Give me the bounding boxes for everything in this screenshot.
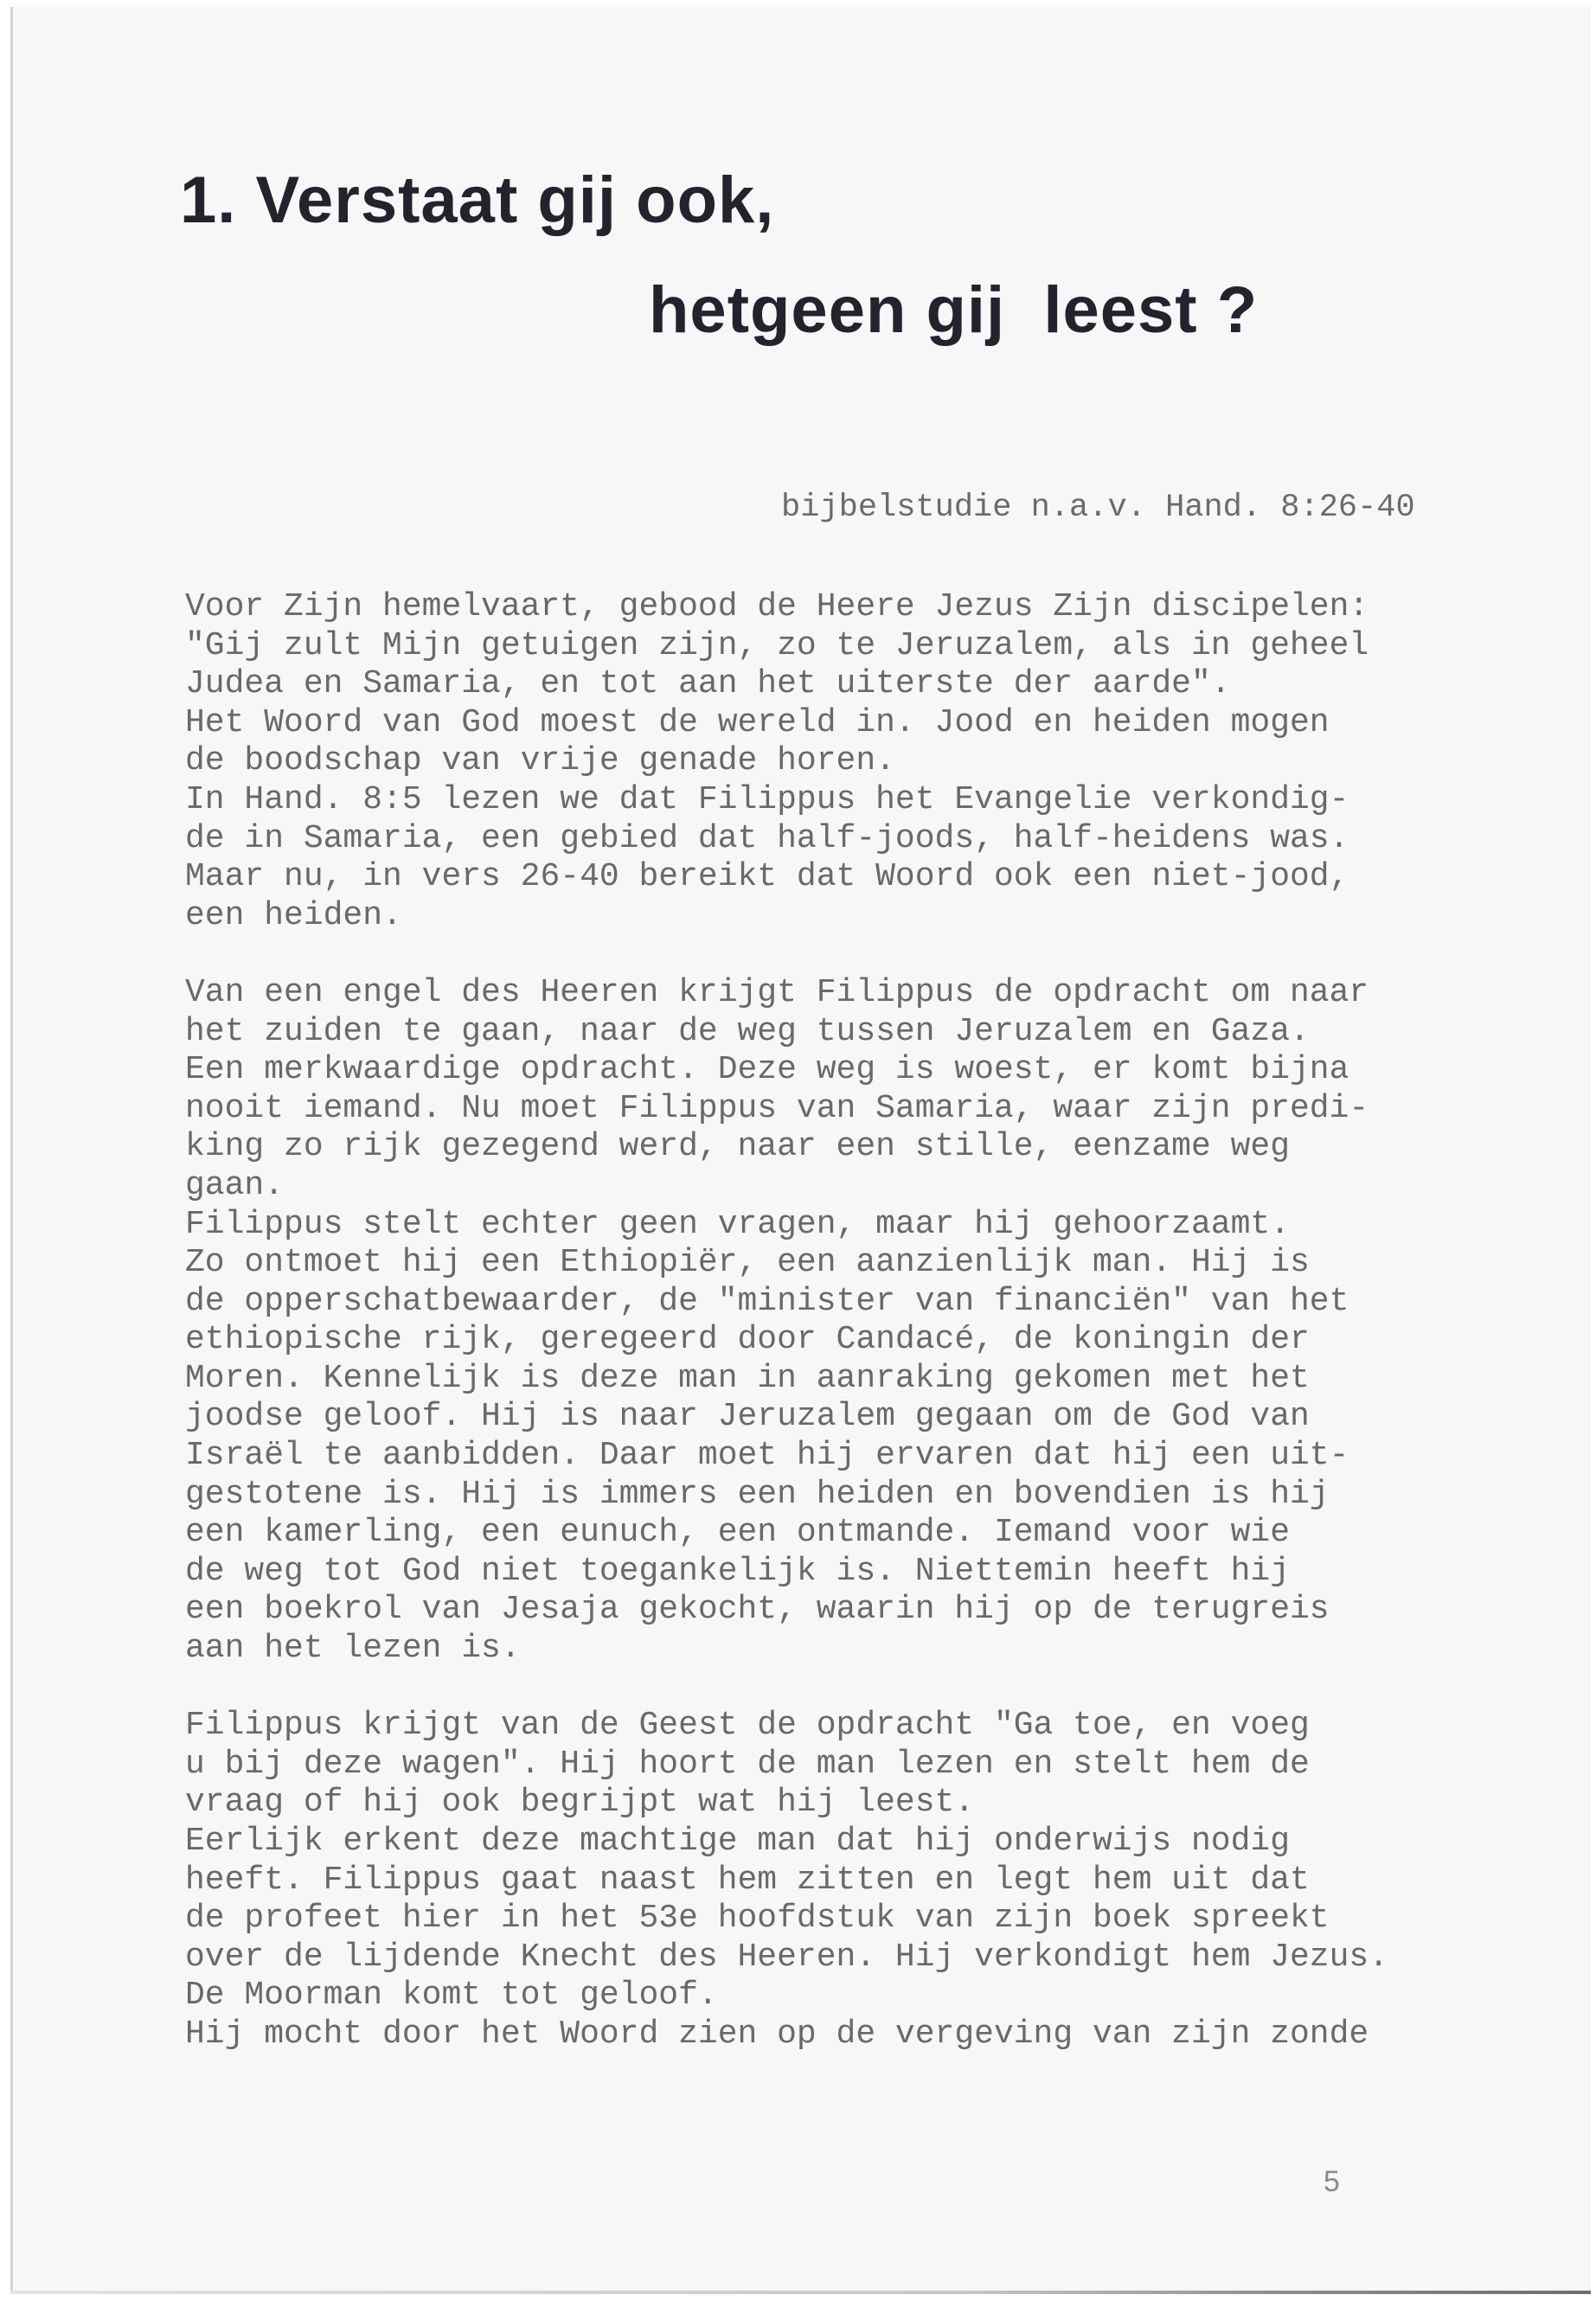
text-line: Judea en Samaria, en tot aan het uiterst… [185, 665, 1388, 704]
text-line: De Moorman komt tot geloof. [185, 1977, 1388, 2016]
page-title-line-1: 1. Verstaat gij ook, [180, 168, 774, 234]
text-line: u bij deze wagen". Hij hoort de man leze… [185, 1746, 1388, 1785]
text-line: Hij mocht door het Woord zien op de verg… [185, 2016, 1388, 2054]
text-line: het zuiden te gaan, naar de weg tussen J… [185, 1013, 1388, 1052]
paragraph-gap [185, 1669, 1388, 1708]
text-line: Van een engel des Heeren krijgt Filippus… [185, 974, 1388, 1013]
text-line: de weg tot God niet toegankelijk is. Nie… [185, 1553, 1388, 1592]
paragraph: Filippus krijgt van de Geest de opdracht… [185, 1707, 1388, 2054]
page-number: 5 [1324, 2167, 1340, 2196]
paragraph-gap [185, 935, 1388, 974]
text-line: gaan. [185, 1167, 1388, 1206]
text-line: gestotene is. Hij is immers een heiden e… [185, 1476, 1388, 1515]
body-text: Voor Zijn hemelvaart, gebood de Heere Je… [185, 588, 1388, 2054]
text-line: ethiopische rijk, geregeerd door Candacé… [185, 1321, 1388, 1360]
text-line: Eerlijk erkent deze machtige man dat hij… [185, 1823, 1388, 1862]
text-line: Een merkwaardige opdracht. Deze weg is w… [185, 1051, 1388, 1090]
text-line: de in Samaria, een gebied dat half-joods… [185, 820, 1388, 859]
text-line: king zo rijk gezegend werd, naar een sti… [185, 1128, 1388, 1167]
text-line: aan het lezen is. [185, 1630, 1388, 1669]
text-line: heeft. Filippus gaat naast hem zitten en… [185, 1862, 1388, 1900]
paragraph: Voor Zijn hemelvaart, gebood de Heere Je… [185, 588, 1388, 935]
text-line: de opperschatbewaarder, de "minister van… [185, 1283, 1388, 1322]
text-line: de boodschap van vrije genade horen. [185, 742, 1388, 781]
text-line: Maar nu, in vers 26-40 bereikt dat Woord… [185, 858, 1388, 897]
subtitle: bijbelstudie n.a.v. Hand. 8:26-40 [781, 492, 1415, 524]
text-line: vraag of hij ook begrijpt wat hij leest. [185, 1784, 1388, 1823]
text-line: de profeet hier in het 53e hoofdstuk van… [185, 1900, 1388, 1939]
page-edge-shadow [10, 2291, 1591, 2294]
text-line: "Gij zult Mijn getuigen zijn, zo te Jeru… [185, 627, 1388, 666]
text-line: Filippus krijgt van de Geest de opdracht… [185, 1707, 1388, 1746]
text-line: joodse geloof. Hij is naar Jeruzalem geg… [185, 1398, 1388, 1437]
text-line: Moren. Kennelijk is deze man in aanrakin… [185, 1360, 1388, 1399]
text-line: Zo ontmoet hij een Ethiopiër, een aanzie… [185, 1244, 1388, 1283]
document-page: 1. Verstaat gij ook, hetgeen gij leest ?… [10, 7, 1591, 2291]
text-line: Het Woord van God moest de wereld in. Jo… [185, 704, 1388, 743]
text-line: een kamerling, een eunuch, een ontmande.… [185, 1514, 1388, 1553]
paragraph: Van een engel des Heeren krijgt Filippus… [185, 974, 1388, 1669]
text-line: Filippus stelt echter geen vragen, maar … [185, 1206, 1388, 1245]
text-line: Voor Zijn hemelvaart, gebood de Heere Je… [185, 588, 1388, 627]
page-title-line-2: hetgeen gij leest ? [649, 278, 1258, 343]
text-line: Israël te aanbidden. Daar moet hij ervar… [185, 1437, 1388, 1476]
text-line: over de lijdende Knecht des Heeren. Hij … [185, 1939, 1388, 1977]
text-line: een heiden. [185, 897, 1388, 936]
text-line: nooit iemand. Nu moet Filippus van Samar… [185, 1090, 1388, 1129]
text-line: een boekrol van Jesaja gekocht, waarin h… [185, 1591, 1388, 1630]
text-line: In Hand. 8:5 lezen we dat Filippus het E… [185, 781, 1388, 820]
